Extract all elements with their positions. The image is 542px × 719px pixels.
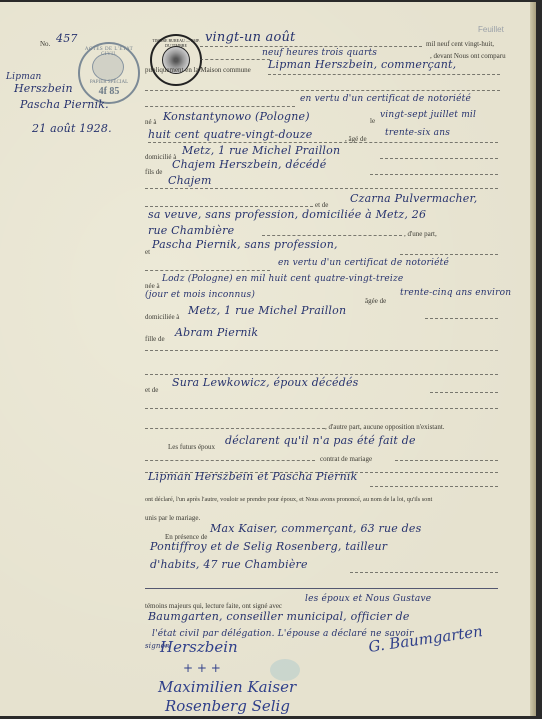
bride-father: Abram Piernik (175, 326, 258, 339)
witnesses-line-a: Max Kaiser, commerçant, 63 rue des (210, 522, 421, 535)
act-number: 457 (56, 32, 78, 45)
bride-certificate: en vertu d'un certificat de notoriété (278, 258, 449, 268)
printed-maison: publiquement en la Maison commune (145, 66, 251, 74)
feuillet-label: Feuillet (478, 25, 504, 34)
groom-mother: Czarna Pulvermacher, (350, 192, 477, 205)
printed-domiciliee: domiciliée à (145, 313, 179, 321)
margin-groom-first: Lipman (6, 72, 42, 82)
bride-age: trente-cinq ans environ (400, 288, 511, 298)
printed-ne-a: né à (145, 118, 156, 126)
groom-father: Chajem Herszbein, décédé (172, 158, 326, 171)
printed-nee-a: née à (145, 282, 160, 290)
printed-fils-de: fils de (145, 168, 162, 176)
tax-stamp: TIMBRE BUREAU — EMP. DU TIMBRE (150, 34, 202, 86)
marianne-seal-icon (92, 53, 124, 81)
printed-temoins: témoins majeurs qui, lecture faite, ont … (145, 602, 282, 610)
margin-bride: Pascha Piernik. (20, 98, 109, 111)
signed-with-b: Baumgarten, conseiller municipal, offici… (148, 610, 410, 623)
printed-fille-de: fille de (145, 335, 165, 343)
signature-groom: Herszbein (160, 638, 238, 656)
groom-birthdate-a: vingt-sept juillet mil (380, 110, 476, 120)
printed-autre-part: , d'autre part, aucune opposition n'exis… (325, 423, 445, 431)
printed-year: mil neuf cent vingt-huit, (426, 40, 494, 48)
printed-agee-de: âgée de (365, 297, 386, 305)
signature-witness-kaiser: Maximilien Kaiser (158, 678, 296, 696)
signature-officer: G. Baumgarten (367, 622, 484, 656)
bride-mother: Sura Lewkowicz, époux décédés (172, 376, 359, 389)
contract-declaration: déclarent qu'il n'a pas été fait de (225, 434, 416, 447)
signature-witness-rosenberg: Rosenberg Selig (165, 697, 290, 715)
witnesses-line-b: Pontiffroy et de Selig Rosenberg, taille… (150, 540, 387, 553)
witnesses-line-c: d'habits, 47 rue Chambière (150, 558, 308, 571)
father-name-correction: Chajem (168, 174, 212, 187)
groom-birthdate-b: huit cent quatre-vingt-douze (148, 128, 313, 141)
printed-futurs-epoux: Les futurs époux (168, 443, 215, 451)
printed-dune-part: , d'une part, (404, 230, 437, 238)
groom-domicile: Metz, 1 rue Michel Praillon (182, 144, 340, 157)
groom-mother-detail: sa veuve, sans profession, domiciliée à … (148, 208, 426, 221)
groom-age: trente-six ans (385, 128, 450, 138)
marriage-date: vingt-un août (205, 30, 295, 45)
margin-date: 21 août 1928. (32, 122, 112, 135)
groom-mother-street: rue Chambière (148, 224, 234, 237)
bride-domicile: Metz, 1 rue Michel Praillon (188, 304, 346, 317)
groom-name: Lipman Herszbein, commerçant, (268, 58, 456, 71)
printed-contrat: contrat de mariage (320, 455, 372, 463)
binding-gutter (530, 2, 536, 716)
printed-et-de-2: et de (145, 386, 158, 394)
groom-certificate: en vertu d'un certificat de notoriété (300, 94, 471, 104)
civil-registry-stamp: ACTES DE L'ETAT CIVIL PAPIER SPÉCIAL 4f … (78, 42, 140, 104)
ink-smudge (270, 659, 300, 681)
spouses-names: Lipman Herszbein et Pascha Piernik (148, 470, 357, 483)
bride-name: Pascha Piernik, sans profession, (152, 238, 338, 251)
signature-bride-marks: + + + (183, 661, 221, 675)
number-label: No. (40, 40, 50, 48)
printed-et: et (145, 248, 150, 256)
printed-unis: unis par le mariage. (145, 514, 200, 522)
bride-birth-a: Lodz (Pologne) en mil huit cent quatre-v… (162, 274, 403, 284)
printed-ont-declare: ont déclaré, l'un après l'autre, vouloir… (145, 496, 432, 503)
marriage-hour: neuf heures trois quarts (262, 48, 377, 58)
margin-groom-last: Herszbein (14, 82, 73, 95)
document-page: Feuillet No. 457 ACTES DE L'ETAT CIVIL P… (0, 2, 536, 716)
printed-le: le (370, 117, 375, 125)
signed-with-a: les époux et Nous Gustave (305, 594, 431, 604)
groom-birthplace: Konstantynowo (Pologne) (163, 110, 310, 123)
bride-birth-b: (jour et mois inconnus) (145, 290, 255, 300)
